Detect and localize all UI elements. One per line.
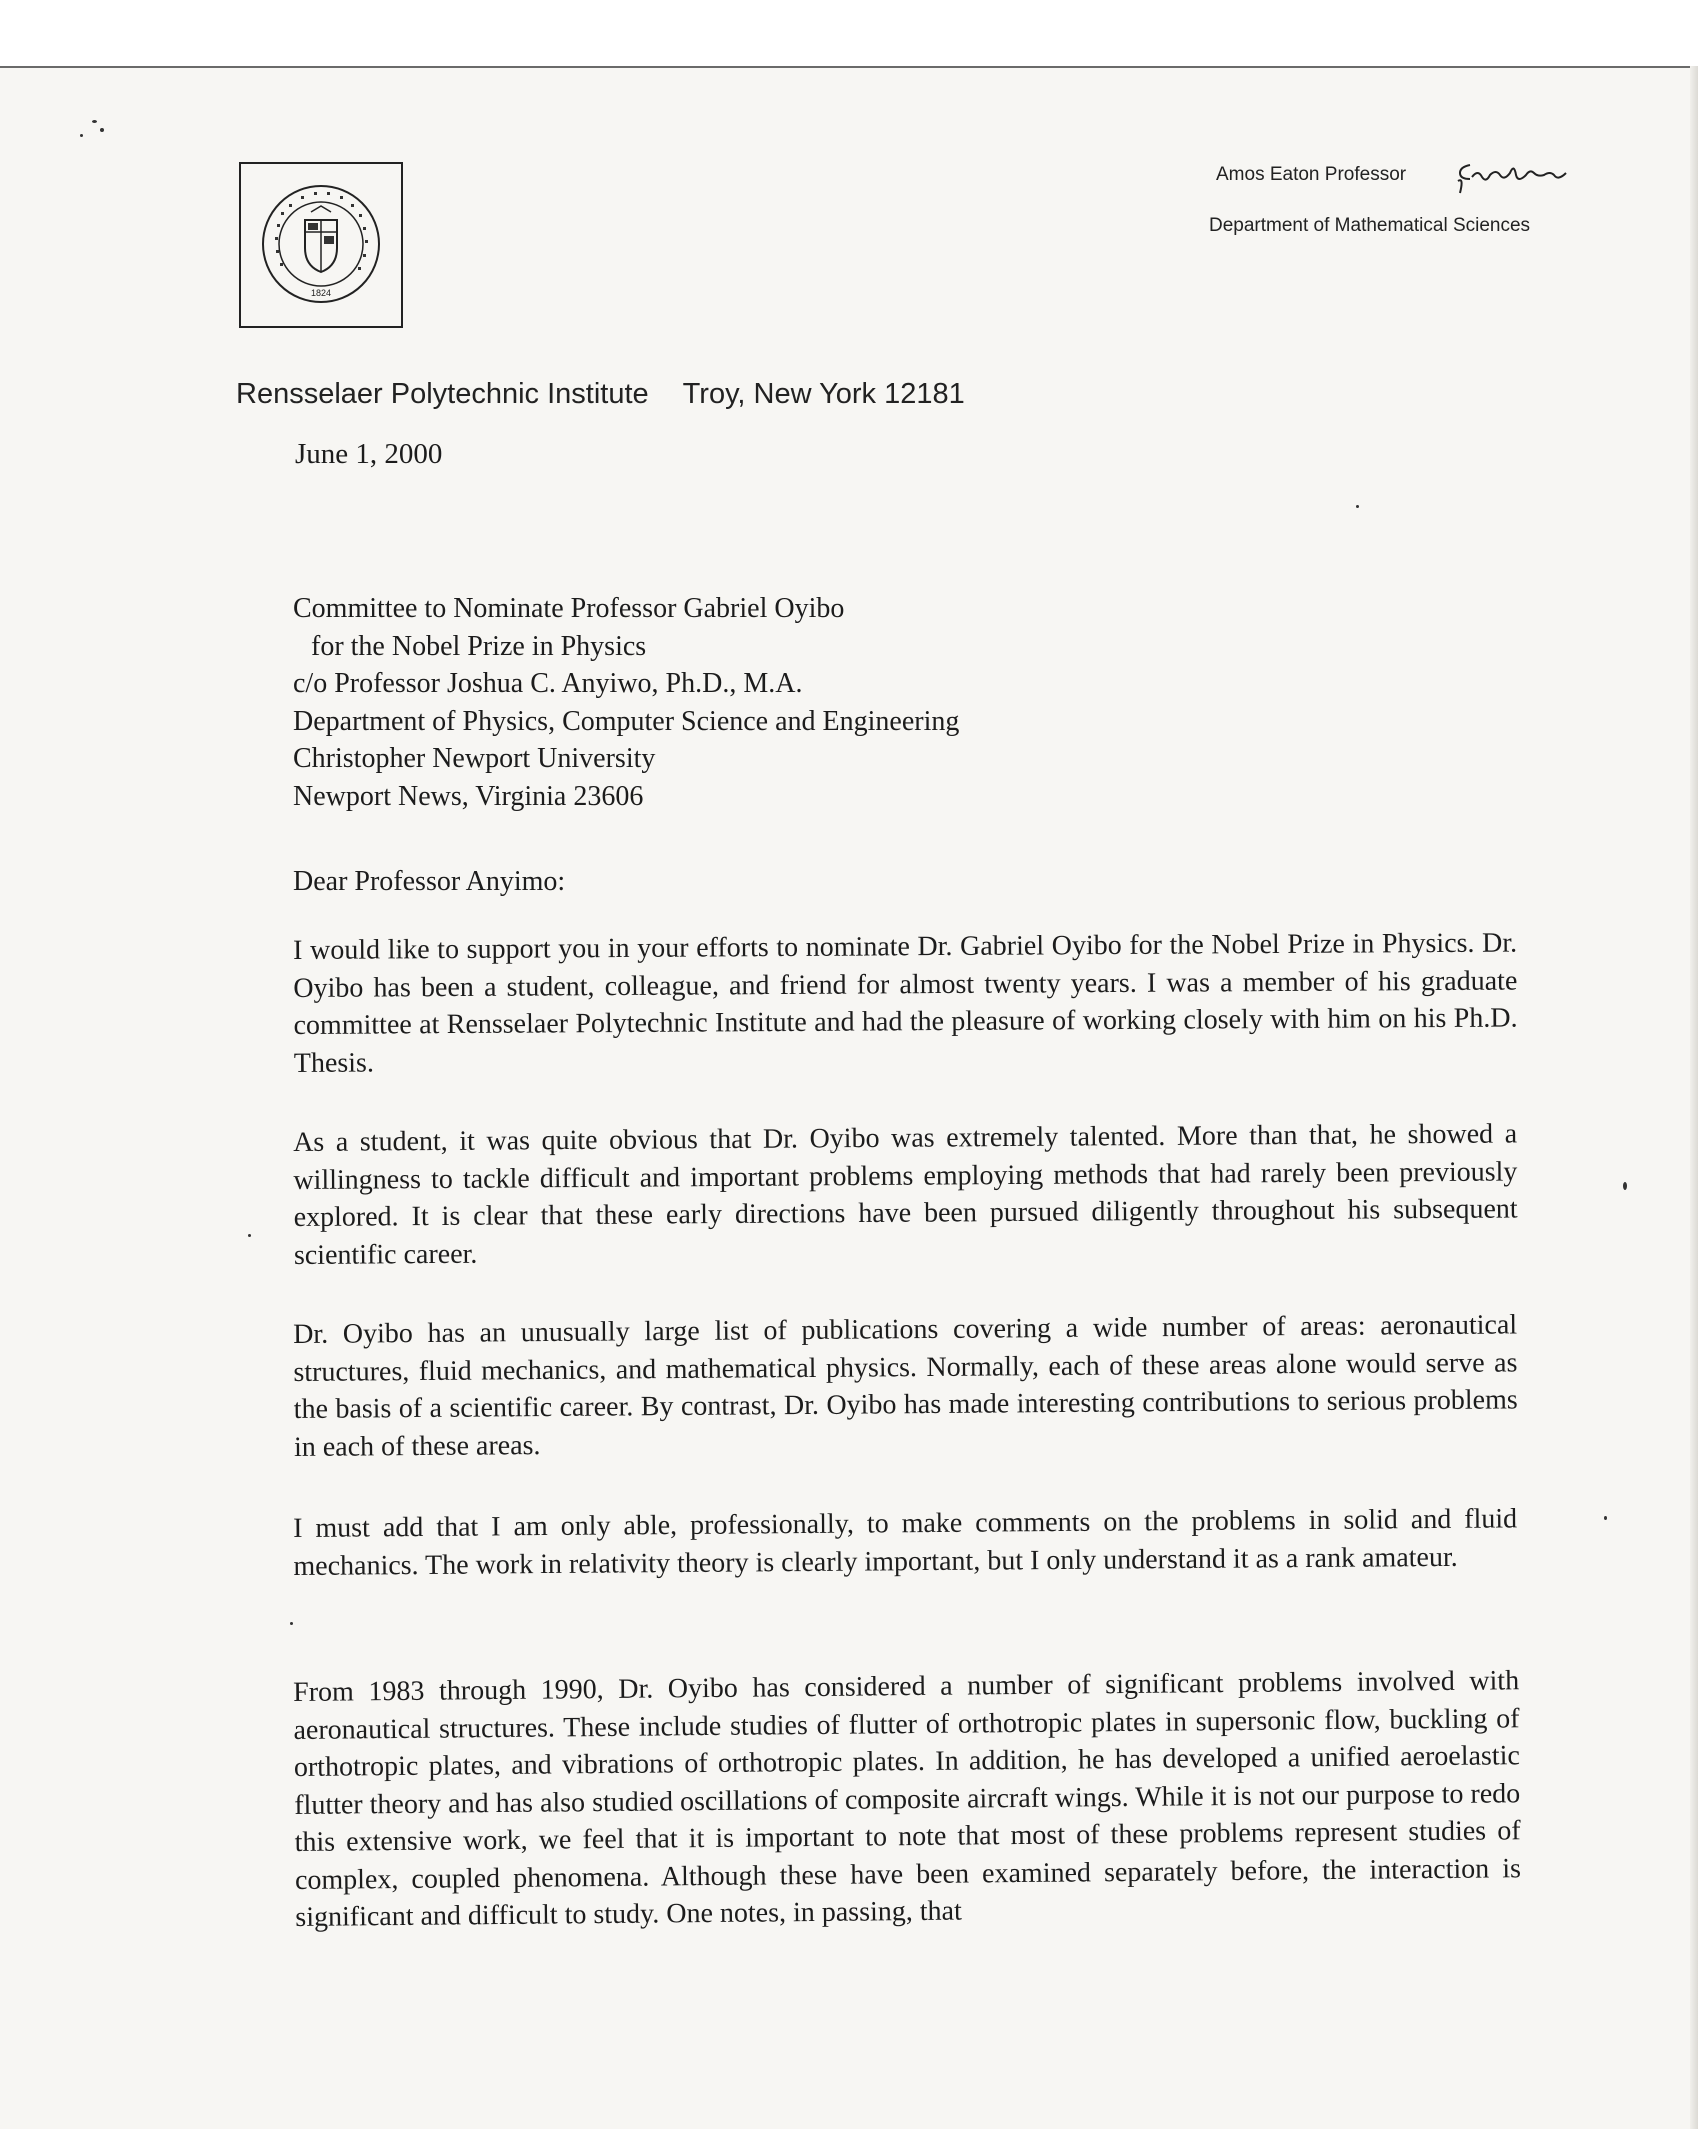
salutation: Dear Professor Anyimo: — [293, 866, 565, 898]
recipient-line: Christopher Newport University — [293, 740, 959, 778]
body-paragraph: I would like to support you in your effo… — [293, 925, 1518, 1082]
body-paragraph: As a student, it was quite obvious that … — [293, 1115, 1518, 1274]
recipient-address-block: Committee to Nominate Professor Gabriel … — [293, 590, 959, 815]
body-paragraph: From 1983 through 1990, Dr. Oyibo has co… — [293, 1662, 1521, 1936]
svg-text:1824: 1824 — [311, 288, 331, 298]
recipient-line: for the Nobel Prize in Physics — [293, 628, 959, 666]
institution-seal: 1824 — [239, 162, 403, 328]
seal-emblem-icon: 1824 — [259, 182, 383, 308]
recipient-line: c/o Professor Joshua C. Anyiwo, Ph.D., M… — [293, 665, 959, 703]
letter-date: June 1, 2000 — [295, 438, 442, 471]
professor-title: Amos Eaton Professor — [1216, 164, 1406, 186]
recipient-line: Newport News, Virginia 23606 — [293, 778, 959, 816]
handwritten-emeritus-signature — [1452, 157, 1582, 197]
scan-speck — [248, 1234, 251, 1237]
recipient-line: Department of Physics, Computer Science … — [293, 703, 959, 741]
scan-speck — [92, 120, 97, 123]
institution-city: Troy, New York 12181 — [683, 378, 965, 410]
institution-name: Rensselaer Polytechnic Institute — [236, 378, 649, 410]
scan-speck — [1356, 505, 1359, 508]
department-name: Department of Mathematical Sciences — [1209, 215, 1530, 237]
recipient-line: Committee to Nominate Professor Gabriel … — [293, 590, 959, 628]
scan-speck — [1604, 1516, 1607, 1520]
body-paragraph: Dr. Oyibo has an unusually large list of… — [293, 1306, 1518, 1466]
body-paragraph: I must add that I am only able, professi… — [293, 1500, 1518, 1585]
scan-speck — [100, 128, 104, 132]
scan-speck — [290, 1622, 293, 1625]
scan-speck — [80, 134, 83, 137]
institution-address-line: Rensselaer Polytechnic InstituteTroy, Ne… — [236, 378, 965, 411]
scan-speck — [1623, 1182, 1627, 1190]
page-top-edge — [0, 66, 1698, 68]
page-right-edge — [1690, 66, 1698, 2129]
scan-background-top — [0, 0, 1698, 68]
